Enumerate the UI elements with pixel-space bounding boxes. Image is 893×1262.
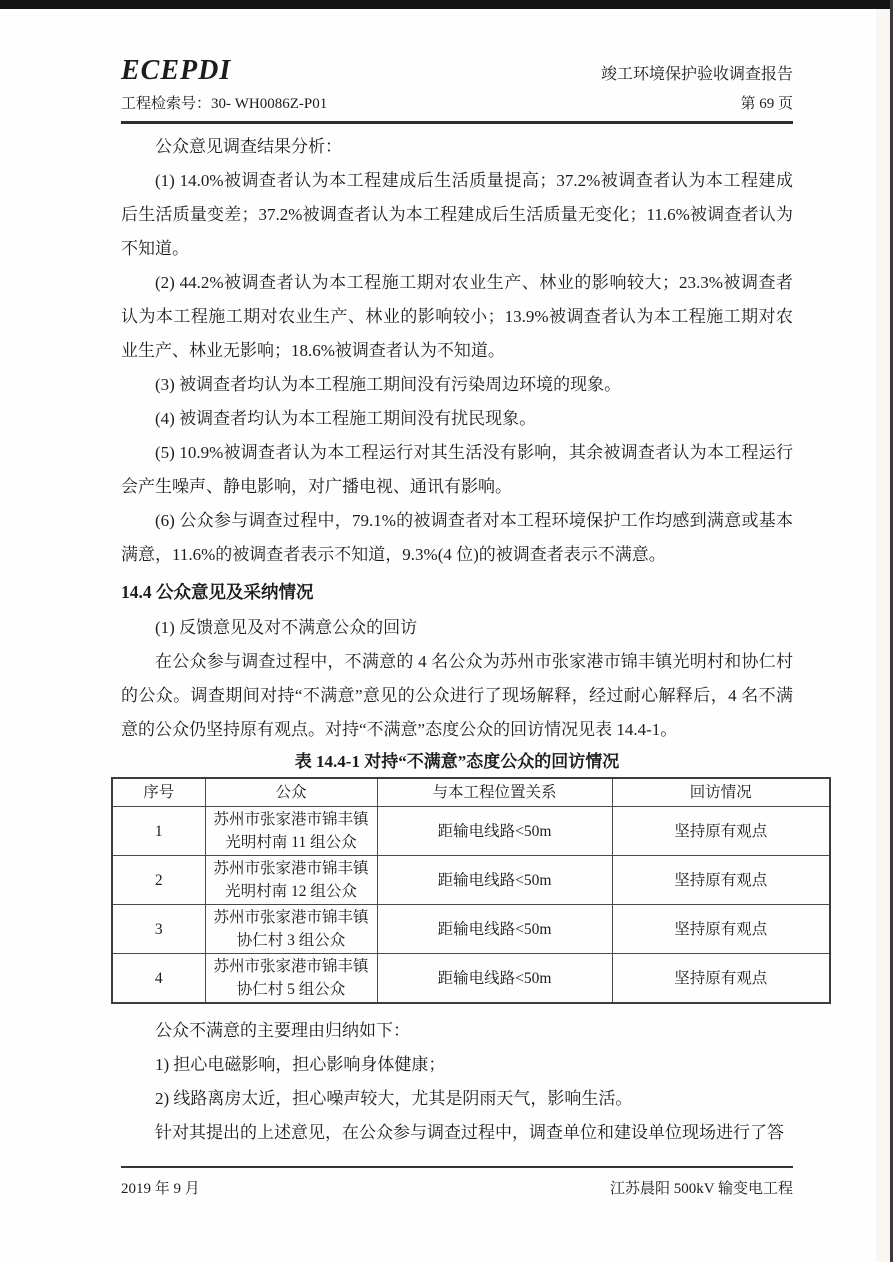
- public-line: 苏州市张家港市锦丰镇: [208, 808, 375, 831]
- header-rule: [121, 121, 793, 124]
- page-content: ECEPDI 竣工环境保护验收调查报告 工程检索号：30- WH0086Z-P0…: [121, 9, 793, 1150]
- table-cell-visit: 坚持原有观点: [612, 807, 830, 856]
- table-cell-no: 1: [112, 807, 205, 856]
- table-cell-relation: 距输电线路<50m: [377, 954, 612, 1004]
- public-line: 协仁村 3 组公众: [208, 929, 375, 952]
- body-paragraph: (4) 被调查者均认为本工程施工期间没有扰民现象。: [121, 402, 793, 436]
- page-number: 第 69 页: [740, 94, 793, 114]
- table-cell-relation: 距输电线路<50m: [377, 856, 612, 905]
- body-paragraph: (1) 14.0%被调查者认为本工程建成后生活质量提高；37.2%被调查者认为本…: [121, 164, 793, 266]
- table-header-cell: 与本工程位置关系: [377, 778, 612, 807]
- scan-edge-tint: [876, 9, 890, 1262]
- table-caption: 表 14.4-1 对持“不满意”态度公众的回访情况: [121, 747, 793, 777]
- table-cell-visit: 坚持原有观点: [612, 856, 830, 905]
- table-row: 1 苏州市张家港市锦丰镇 光明村南 11 组公众 距输电线路<50m 坚持原有观…: [112, 807, 830, 856]
- table-cell-no: 2: [112, 856, 205, 905]
- body-paragraph: 公众意见调查结果分析：: [121, 130, 793, 164]
- table-header-row: 序号 公众 与本工程位置关系 回访情况: [112, 778, 830, 807]
- report-title: 竣工环境保护验收调查报告: [601, 64, 793, 86]
- public-line: 苏州市张家港市锦丰镇: [208, 906, 375, 929]
- public-line: 苏州市张家港市锦丰镇: [208, 955, 375, 978]
- body-paragraph: 在公众参与调查过程中，不满意的 4 名公众为苏州市张家港市锦丰镇光明村和协仁村的…: [121, 645, 793, 747]
- table-cell-relation: 距输电线路<50m: [377, 905, 612, 954]
- table-cell-visit: 坚持原有观点: [612, 905, 830, 954]
- body-paragraph: (6) 公众参与调查过程中，79.1%的被调查者对本工程环境保护工作均感到满意或…: [121, 504, 793, 572]
- body-paragraph: (5) 10.9%被调查者认为本工程运行对其生活没有影响，其余被调查者认为本工程…: [121, 436, 793, 504]
- page-footer: 2019 年 9 月 江苏晨阳 500kV 输变电工程: [121, 1166, 793, 1199]
- body-paragraph: (2) 44.2%被调查者认为本工程施工期对农业生产、林业的影响较大；23.3%…: [121, 266, 793, 368]
- footer-date: 2019 年 9 月: [121, 1179, 200, 1199]
- public-line: 光明村南 12 组公众: [208, 880, 375, 903]
- header-row-1: ECEPDI 竣工环境保护验收调查报告: [121, 9, 793, 86]
- body-paragraph: 1) 担心电磁影响，担心影响身体健康；: [121, 1048, 793, 1082]
- table-cell-no: 4: [112, 954, 205, 1004]
- body-text: 公众意见调查结果分析： (1) 14.0%被调查者认为本工程建成后生活质量提高；…: [121, 130, 793, 1150]
- body-paragraph: 公众不满意的主要理由归纳如下：: [121, 1014, 793, 1048]
- company-logo-text: ECEPDI: [121, 56, 231, 86]
- scan-top-bar: [0, 0, 893, 9]
- public-line: 苏州市张家港市锦丰镇: [208, 857, 375, 880]
- table-cell-public: 苏州市张家港市锦丰镇 协仁村 3 组公众: [205, 905, 377, 954]
- table-cell-visit: 坚持原有观点: [612, 954, 830, 1004]
- table-header-cell: 回访情况: [612, 778, 830, 807]
- table-row: 4 苏州市张家港市锦丰镇 协仁村 5 组公众 距输电线路<50m 坚持原有观点: [112, 954, 830, 1004]
- table-cell-no: 3: [112, 905, 205, 954]
- footer-project-name: 江苏晨阳 500kV 输变电工程: [610, 1179, 793, 1199]
- table-cell-relation: 距输电线路<50m: [377, 807, 612, 856]
- table-cell-public: 苏州市张家港市锦丰镇 协仁村 5 组公众: [205, 954, 377, 1004]
- document-page: ECEPDI 竣工环境保护验收调查报告 工程检索号：30- WH0086Z-P0…: [0, 0, 893, 1262]
- table-header-cell: 公众: [205, 778, 377, 807]
- body-paragraph: (1) 反馈意见及对不满意公众的回访: [121, 611, 793, 645]
- table-header-cell: 序号: [112, 778, 205, 807]
- header-row-2: 工程检索号：30- WH0086Z-P01 第 69 页: [121, 94, 793, 114]
- body-paragraph: (3) 被调查者均认为本工程施工期间没有污染周边环境的现象。: [121, 368, 793, 402]
- section-heading: 14.4 公众意见及采纳情况: [121, 575, 793, 609]
- body-paragraph: 针对其提出的上述意见，在公众参与调查过程中，调查单位和建设单位现场进行了答: [121, 1116, 793, 1150]
- table-cell-public: 苏州市张家港市锦丰镇 光明村南 12 组公众: [205, 856, 377, 905]
- revisit-table: 序号 公众 与本工程位置关系 回访情况 1 苏州市张家港市锦丰镇 光明村南 11…: [111, 777, 831, 1004]
- table-row: 2 苏州市张家港市锦丰镇 光明村南 12 组公众 距输电线路<50m 坚持原有观…: [112, 856, 830, 905]
- body-paragraph: 2) 线路离房太近，担心噪声较大，尤其是阴雨天气，影响生活。: [121, 1082, 793, 1116]
- public-line: 光明村南 11 组公众: [208, 831, 375, 854]
- public-line: 协仁村 5 组公众: [208, 978, 375, 1001]
- table-row: 3 苏州市张家港市锦丰镇 协仁村 3 组公众 距输电线路<50m 坚持原有观点: [112, 905, 830, 954]
- table-cell-public: 苏州市张家港市锦丰镇 光明村南 11 组公众: [205, 807, 377, 856]
- doc-index-number: 工程检索号：30- WH0086Z-P01: [121, 94, 327, 114]
